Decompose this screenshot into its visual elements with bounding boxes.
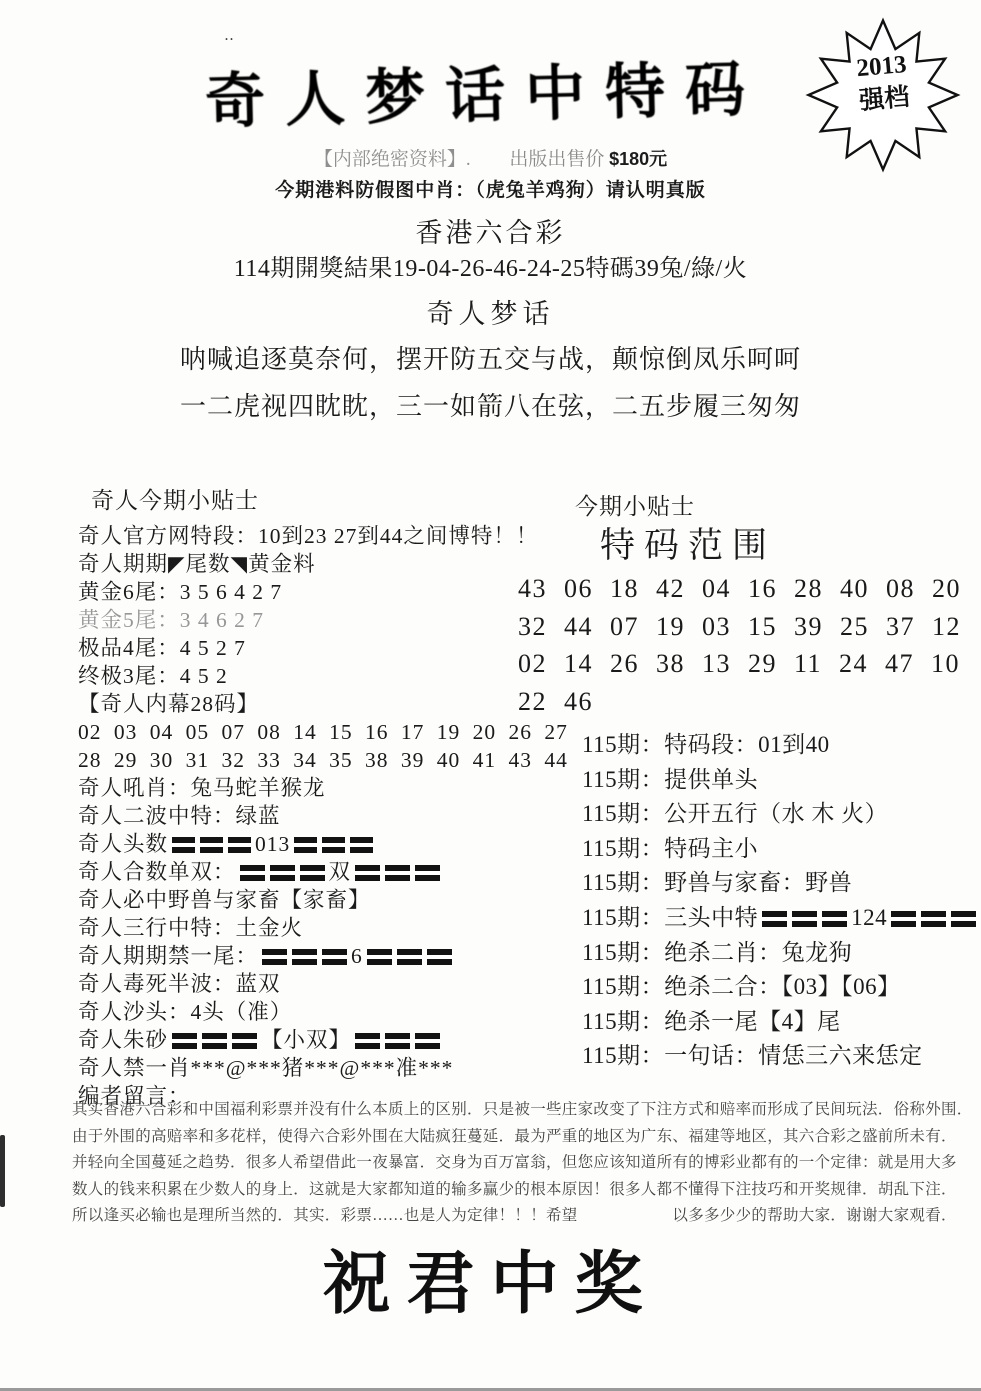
poem-line-2: 一二虎视四眈眈，三一如箭八在弦，二五步履三匆匆 xyxy=(0,386,981,423)
three-heads-label: 115期：三头中特 xyxy=(582,905,758,930)
cinnabar-value: 【小双】 xyxy=(261,1028,351,1052)
left-column-heading: 奇人今期小贴士 xyxy=(78,486,540,516)
right-column-heading: 今期小贴士 xyxy=(518,492,970,522)
note-line: 所以逢买必输也是理所当然的．其实．彩票……也是人为定律！！！希望 以多多少少的帮… xyxy=(72,1203,912,1230)
sum-odd-even-label: 奇人合数单双： xyxy=(78,860,236,884)
issue-line-kill-two-zodiac: 115期：绝杀二肖：兔龙狗 xyxy=(518,936,970,971)
range-row-2: 32 44 07 19 03 15 39 25 37 12 xyxy=(518,608,970,646)
issue-line-single-head: 115期：提供单头 xyxy=(518,763,970,798)
meta-line: 【内部绝密资料】. 出版出售价 $180元 xyxy=(0,144,981,171)
range-row-1: 43 06 18 42 04 16 28 40 08 20 xyxy=(518,570,970,608)
closing-wish: 祝君中奖 xyxy=(0,1230,981,1327)
cinnabar-label: 奇人朱砂 xyxy=(78,1028,168,1052)
line-wild-domestic: 奇人必中野兽与家畜【家畜】 xyxy=(78,886,540,914)
sum-odd-even-value: 双 xyxy=(329,860,352,884)
price-label: $180元 xyxy=(609,149,667,169)
line-sum-odd-even: 奇人合数单双：双 xyxy=(78,858,540,886)
head-number-value: 013 xyxy=(255,832,290,856)
line-final-3-tails: 终极3尾：4 5 2 xyxy=(78,662,540,690)
censor-bars xyxy=(262,949,347,965)
censor-bars xyxy=(762,911,847,927)
page-title: 奇人梦话中特码 xyxy=(94,39,876,143)
line-gold-5-tails: 黄金5尾：3 4 6 2 7 xyxy=(78,606,540,634)
left-column-lines: 奇人官方网特段：10到23 27到44之间博特！！ 奇人期期◤尾数◥黄金料 黄金… xyxy=(78,522,540,1110)
left-column: 奇人今期小贴士 奇人官方网特段：10到23 27到44之间博特！！ 奇人期期◤尾… xyxy=(78,486,540,1110)
line-inner-28-title: 【奇人内幕28码】 xyxy=(78,690,540,718)
special-code-range-title: 特码范围 xyxy=(518,522,970,570)
issue-line-code-small: 115期：特码主小 xyxy=(518,832,970,867)
line-poison-half-wave: 奇人毒死半波：蓝双 xyxy=(78,970,540,998)
forbidden-tail-label: 奇人期期禁一尾： xyxy=(78,944,258,968)
censor-bars xyxy=(355,1033,440,1049)
censor-bars xyxy=(240,865,325,881)
line-tail-gold: 奇人期期◤尾数◥黄金料 xyxy=(78,550,540,578)
issue-line-kill-one-tail: 115期：绝杀一尾【4】尾 xyxy=(518,1005,970,1040)
note-line: 并轻向全国蔓延之趋势．很多人希望借此一夜暴富．交身为百万富翁，但您应该知道所有的… xyxy=(72,1150,912,1177)
censor-bars xyxy=(367,949,452,965)
anti-fake-line: 今期港料防假图中肖：（虎兔羊鸡狗）请认明真版 xyxy=(0,175,981,202)
note-line: 数人的钱来积累在少数人的身上．这就是大家都知道的输多赢少的根本原因！很多人都不懂… xyxy=(72,1177,912,1204)
issue-line-kill-two-sum: 115期：绝杀二合：【03】【06】 xyxy=(518,970,970,1005)
line-three-elements: 奇人三行中特：土金火 xyxy=(78,914,540,942)
range-row-3: 02 14 26 38 13 29 11 24 47 10 xyxy=(518,645,970,683)
line-codes-row-1: 02 03 04 05 07 08 14 15 16 17 19 20 26 2… xyxy=(78,718,540,746)
issue-line-code-segment: 115期：特码段：01到40 xyxy=(518,728,970,763)
lottery-name: 香港六合彩 xyxy=(0,211,981,250)
scan-smudge xyxy=(0,1135,5,1207)
forbidden-tail-value: 6 xyxy=(351,944,363,968)
censor-bars xyxy=(355,865,440,881)
scanned-lottery-sheet: ‥ 奇人梦话中特码 2013 强档 【内部绝密资料】. 出版出售价 $180元 … xyxy=(0,0,981,1391)
secret-label: 【内部绝密资料】. xyxy=(314,149,471,170)
poem-line-1: 呐喊追逐莫奈何，摆开防五交与战，颠惊倒凤乐呵呵 xyxy=(0,339,981,376)
poem-title: 奇人梦话 xyxy=(0,292,981,331)
publish-label: 出版出售价 xyxy=(509,149,604,170)
line-head-number: 奇人头数013 xyxy=(78,830,540,858)
line-sand-head: 奇人沙头：4头（准） xyxy=(78,998,540,1026)
line-two-waves: 奇人二波中特：绿蓝 xyxy=(78,802,540,830)
note-line: 由于外围的高赔率和多花样，使得六合彩外围在大陆疯狂蔓延．最为严重的地区为广东、福… xyxy=(72,1124,912,1151)
line-gold-6-tails: 黄金6尾：3 5 6 4 2 7 xyxy=(78,578,540,606)
head-number-label: 奇人头数 xyxy=(78,832,168,856)
line-forbidden-zodiac: 奇人禁一肖***@***猪***@***准*** xyxy=(78,1054,540,1082)
line-codes-row-2: 28 29 30 31 32 33 34 35 38 39 40 41 43 4… xyxy=(78,746,540,774)
line-top-4-tails: 极品4尾：4 5 2 7 xyxy=(78,634,540,662)
right-column: 今期小贴士 特码范围 43 06 18 42 04 16 28 40 08 20… xyxy=(518,492,970,1074)
editor-note-paragraph: 其实香港六合彩和中国福利彩票并没有什么本质上的区别．只是被一些庄家改变了下注方式… xyxy=(72,1097,912,1230)
censor-bars xyxy=(172,837,251,853)
issue-line-one-sentence: 115期：一句话：情恁三六来恁定 xyxy=(518,1039,970,1074)
draw-result-line: 114期開獎結果19-04-26-46-24-25特碼39兔/綠/火 xyxy=(0,248,981,283)
line-forbidden-tail: 奇人期期禁一尾：6 xyxy=(78,942,540,970)
issue-line-three-heads: 115期：三头中特124 xyxy=(518,901,970,936)
three-heads-value: 124 xyxy=(851,905,887,930)
issue-115-block: 115期：特码段：01到40 115期：提供单头 115期：公开五行（水 木 火… xyxy=(518,728,970,1074)
note-line: 其实香港六合彩和中国福利彩票并没有什么本质上的区别．只是被一些庄家改变了下注方式… xyxy=(72,1097,912,1124)
censor-bars xyxy=(891,911,976,927)
line-cinnabar: 奇人朱砂【小双】 xyxy=(78,1026,540,1054)
line-website-range: 奇人官方网特段：10到23 27到44之间博特！！ xyxy=(78,522,540,550)
line-zodiac-roar: 奇人吼肖：兔马蛇羊猴龙 xyxy=(78,774,540,802)
censor-bars xyxy=(172,1033,257,1049)
issue-line-wild-beast: 115期：野兽与家畜：野兽 xyxy=(518,866,970,901)
censor-bars xyxy=(294,837,373,853)
issue-line-five-elements: 115期：公开五行（水 木 火） xyxy=(518,797,970,832)
scan-dots: ‥ xyxy=(224,26,237,45)
range-row-4: 22 46 xyxy=(518,683,970,721)
